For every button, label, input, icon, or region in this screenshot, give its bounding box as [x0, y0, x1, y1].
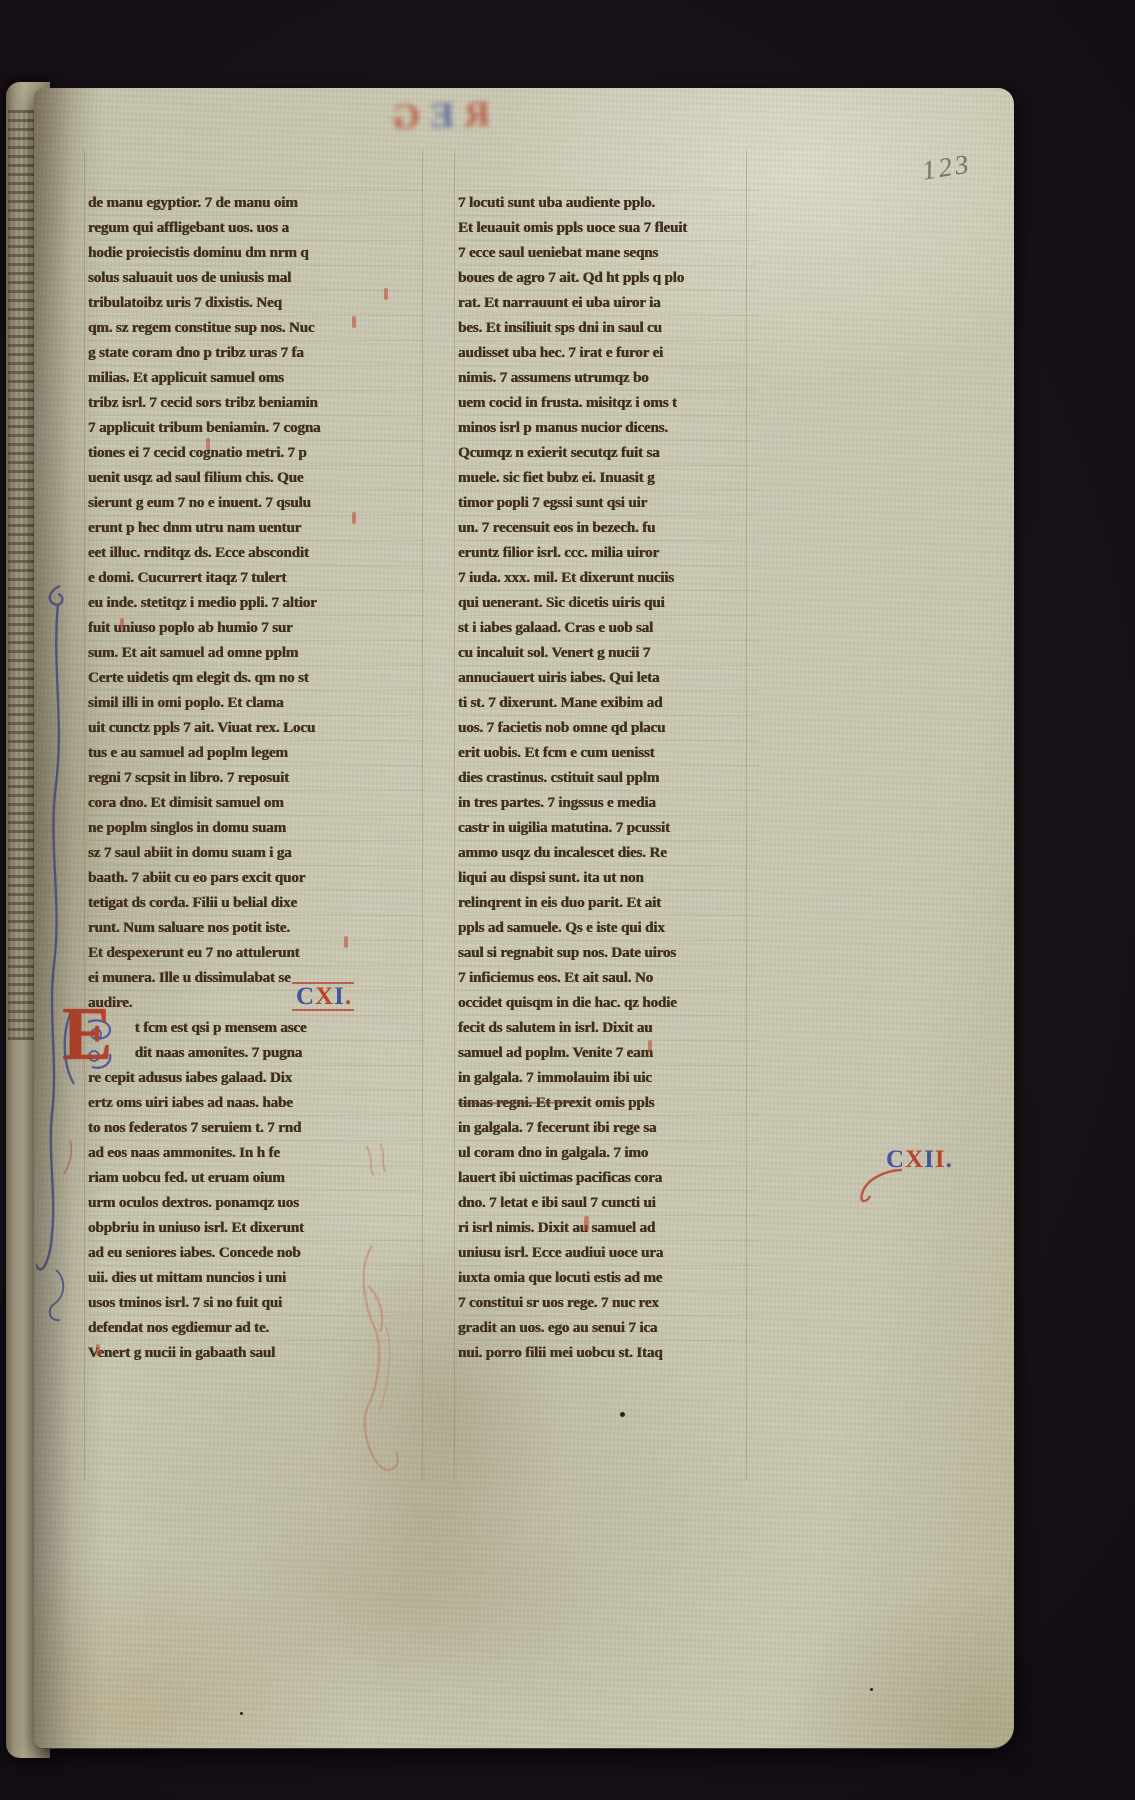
- manuscript-text-line: cu incaluit sol. Venert g nucii 7: [458, 640, 758, 665]
- rubric-touch: [344, 936, 348, 948]
- manuscript-text-line: dno. 7 letat e ibi saul 7 cuncti ui: [458, 1190, 758, 1215]
- manuscript-photo: R E G 123 de manu egyptior. 7 de manu oi…: [0, 0, 1135, 1800]
- manuscript-text-line: runt. Num saluare nos potit iste.: [88, 915, 424, 940]
- manuscript-text-line: ammo usqz du incalescet dies. Re: [458, 840, 758, 865]
- manuscript-text-line: milias. Et applicuit samuel oms: [88, 365, 424, 390]
- manuscript-text-line: samuel ad poplm. Venite 7 eam: [458, 1040, 758, 1065]
- manuscript-text-line: uniusu isrl. Ecce audiui uoce ura: [458, 1240, 758, 1265]
- manuscript-text-line: Et leuauit omis ppls uoce sua 7 fleuit: [458, 215, 758, 240]
- ink-speck: [620, 1412, 625, 1417]
- manuscript-text-line: annuciauert uiris iabes. Qui leta: [458, 665, 758, 690]
- manuscript-text-line: audisset uba hec. 7 irat e furor ei: [458, 340, 758, 365]
- ruling-line: [84, 150, 85, 1480]
- rubric-touch: [120, 618, 124, 630]
- manuscript-text-line: erunt p hec dnm utru nam uentur: [88, 515, 424, 540]
- manuscript-text-line: occidet quisqm in die hac. qz hodie: [458, 990, 758, 1015]
- manuscript-text-line: rat. Et narrauunt ei uba uiror ia: [458, 290, 758, 315]
- manuscript-text-line: regni 7 scpsit in libro. 7 reposuit: [88, 765, 424, 790]
- manuscript-text-line: ti st. 7 dixerunt. Mane exibim ad: [458, 690, 758, 715]
- manuscript-text-line: baath. 7 abiit cu eo pars excit quor: [88, 865, 424, 890]
- manuscript-text-line: in tres partes. 7 ingssus e media: [458, 790, 758, 815]
- manuscript-text-line: cora dno. Et dimisit samuel om: [88, 790, 424, 815]
- manuscript-text-line: tiones ei 7 cecid cognatio metri. 7 p: [88, 440, 424, 465]
- offset-ghost-icon: [322, 1136, 432, 1536]
- manuscript-text-line: g state coram dno p tribz uras 7 fa: [88, 340, 424, 365]
- manuscript-text-line: relinqrent in eis duo parit. Et ait: [458, 890, 758, 915]
- manuscript-text-line: tetigat ds corda. Filii u belial dixe: [88, 890, 424, 915]
- manuscript-text-line: tribz isrl. 7 cecid sors tribz beniamin: [88, 390, 424, 415]
- manuscript-text-line: ei munera. Ille u dissimulabat se: [88, 965, 424, 990]
- running-title-letter: R: [463, 92, 490, 135]
- manuscript-text-line: uos. 7 facietis nob omne qd placu: [458, 715, 758, 740]
- manuscript-text-line: gradit an uos. ego au senui 7 ica: [458, 1315, 758, 1340]
- manuscript-text-line: erit uobis. Et fcm e cum uenisst: [458, 740, 758, 765]
- manuscript-text-line: 7 applicuit tribum beniamin. 7 cogna: [88, 415, 424, 440]
- ink-speck: [870, 1688, 873, 1691]
- manuscript-text-line: ppls ad samuele. Qs e iste qui dix: [458, 915, 758, 940]
- manuscript-text-line: uenit usqz ad saul filium chis. Que: [88, 465, 424, 490]
- manuscript-text-line: de manu egyptior. 7 de manu oim: [88, 190, 424, 215]
- manuscript-text-line: un. 7 recensuit eos in bezech. fu: [458, 515, 758, 540]
- manuscript-text-line: fuit uniuso poplo ab humio 7 sur: [88, 615, 424, 640]
- chapter-numeral-cxii: CXII.: [886, 1146, 953, 1174]
- chapter-mark-tail-flourish-icon: [858, 1168, 904, 1224]
- manuscript-text-line: sum. Et ait samuel ad omne pplm: [88, 640, 424, 665]
- manuscript-text-line: boues de agro 7 ait. Qd ht ppls q plo: [458, 265, 758, 290]
- manuscript-text-line: muele. sic fiet bubz ei. Inuasit g: [458, 465, 758, 490]
- manuscript-text-line: sz 7 saul abiit in domu suam i ga: [88, 840, 424, 865]
- chapter-letter: .: [946, 1146, 953, 1174]
- manuscript-text-line: ne poplm singlos in domu suam: [88, 815, 424, 840]
- manuscript-text-line: tus e au samuel ad poplm legem: [88, 740, 424, 765]
- rubric-touch: [648, 1040, 652, 1052]
- ink-speck: [240, 1712, 243, 1715]
- manuscript-text-line: qm. sz regem constitue sup nos. Nuc: [88, 315, 424, 340]
- manuscript-text-line: solus saluauit uos de uniusis mal: [88, 265, 424, 290]
- chapter-letter: X: [315, 983, 334, 1011]
- manuscript-text-line: dies crastinus. cstituit saul pplm: [458, 765, 758, 790]
- manuscript-text-line: 7 ecce saul ueniebat mane seqns: [458, 240, 758, 265]
- rubric-paraph: [584, 1216, 589, 1231]
- manuscript-text-line: minos isrl p manus nucior dicens.: [458, 415, 758, 440]
- text-column-right: 7 locuti sunt uba audiente pplo.Et leuau…: [458, 190, 758, 1365]
- running-title: R E G: [335, 84, 547, 145]
- manuscript-text-line: simil illi in omi poplo. Et clama: [88, 690, 424, 715]
- manuscript-text-line: ertz oms uiri iabes ad naas. habe: [88, 1090, 424, 1115]
- manuscript-text-line: 7 constitui sr uos rege. 7 nuc rex: [458, 1290, 758, 1315]
- rubric-touch: [384, 288, 388, 300]
- manuscript-text-line: iuxta omia que locuti estis ad me: [458, 1265, 758, 1290]
- manuscript-text-line: uit cunctz ppls 7 ait. Viuat rex. Locu: [88, 715, 424, 740]
- rubric-touch: [206, 438, 210, 450]
- manuscript-text-line: ul coram dno in galgala. 7 imo: [458, 1140, 758, 1165]
- manuscript-text-line: in galgala. 7 fecerunt ibi rege sa: [458, 1115, 758, 1140]
- rubric-touch: [352, 512, 356, 524]
- manuscript-text-line: uem cocid in frusta. misitqz i oms t: [458, 390, 758, 415]
- running-title-letter: E: [429, 94, 454, 137]
- margin-flourish-icon: [36, 580, 82, 1430]
- chapter-numeral-cxi: CXI.: [296, 983, 352, 1011]
- manuscript-text-line: fecit ds salutem in isrl. Dixit au: [458, 1015, 758, 1040]
- manuscript-text-line: Qcumqz n exierit secutqz fuit sa: [458, 440, 758, 465]
- manuscript-text-line: 7 inficiemus eos. Et ait saul. No: [458, 965, 758, 990]
- manuscript-text-line: 7 iuda. xxx. mil. Et dixerunt nuciis: [458, 565, 758, 590]
- manuscript-text-line: Certe uidetis qm elegit ds. qm no st: [88, 665, 424, 690]
- manuscript-text-line: tribulatoibz uris 7 dixistis. Neq: [88, 290, 424, 315]
- manuscript-text-line: saul si regnabit sup nos. Date uiros: [458, 940, 758, 965]
- ruling-line: [454, 150, 455, 1480]
- manuscript-text-line: nimis. 7 assumens utrumqz bo: [458, 365, 758, 390]
- manuscript-text-line: e domi. Cucurrert itaqz 7 tulert: [88, 565, 424, 590]
- manuscript-text-line: regum qui affligebant uos. uos a: [88, 215, 424, 240]
- manuscript-text-line: bes. Et insiliuit sps dni in saul cu: [458, 315, 758, 340]
- folio-number: 123: [920, 148, 974, 186]
- manuscript-text-line: in galgala. 7 immolauim ibi uic: [458, 1065, 758, 1090]
- chapter-letter: I: [935, 1146, 946, 1174]
- manuscript-text-line: timor popli 7 egssi sunt qsi uir: [458, 490, 758, 515]
- chapter-letter: I: [334, 983, 345, 1011]
- rubric-touch: [352, 316, 356, 328]
- manuscript-text-line: hodie proiecistis dominu dm nrm q: [88, 240, 424, 265]
- manuscript-text-line: Et despexerunt eu 7 no attulerunt: [88, 940, 424, 965]
- parchment-page: R E G 123 de manu egyptior. 7 de manu oi…: [34, 88, 1014, 1748]
- manuscript-text-line: 7 locuti sunt uba audiente pplo.: [458, 190, 758, 215]
- rubric-touch: [96, 1344, 100, 1356]
- chapter-letter: I: [924, 1146, 935, 1174]
- manuscript-text-line: ri isrl nimis. Dixit au samuel ad: [458, 1215, 758, 1240]
- chapter-letter: C: [296, 983, 315, 1011]
- manuscript-text-line: liqui au dispsi sunt. ita ut non: [458, 865, 758, 890]
- manuscript-text-line: st i iabes galaad. Cras e uob sal: [458, 615, 758, 640]
- chapter-letter: X: [905, 1146, 924, 1174]
- manuscript-text-line: lauert ibi uictimas pacificas cora: [458, 1165, 758, 1190]
- manuscript-text-line: castr in uigilia matutina. 7 pcussit: [458, 815, 758, 840]
- chapter-letter: .: [345, 983, 352, 1011]
- manuscript-text-line: nui. porro filii mei uobcu st. Itaq: [458, 1340, 758, 1365]
- column-right-lines: 7 locuti sunt uba audiente pplo.Et leuau…: [458, 190, 758, 1365]
- manuscript-text-line: eu inde. stetitqz i medio ppli. 7 altior: [88, 590, 424, 615]
- manuscript-text-line: eet illuc. rnditqz ds. Ecce abscondit: [88, 540, 424, 565]
- running-title-letter: G: [391, 95, 420, 138]
- manuscript-text-line: eruntz filior isrl. ccc. milia uiror: [458, 540, 758, 565]
- manuscript-text-line: qui uenerant. Sic dicetis uiris qui: [458, 590, 758, 615]
- manuscript-text-line: sierunt g eum 7 no e inuent. 7 qsulu: [88, 490, 424, 515]
